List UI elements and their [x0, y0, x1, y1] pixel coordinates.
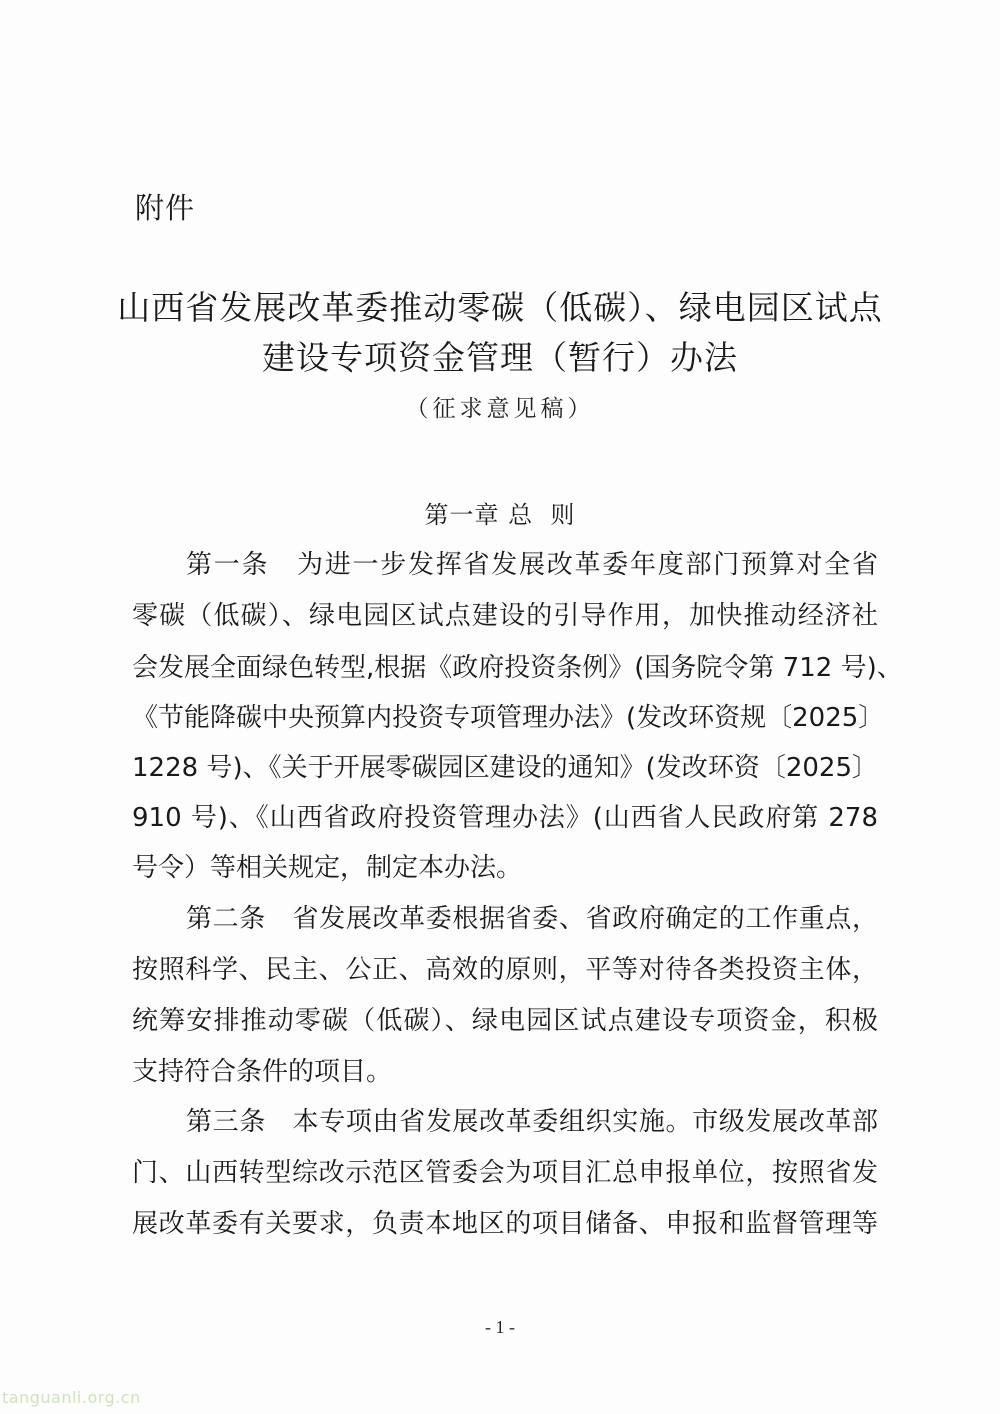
- article-2-line-1: 第二条 省发展改革委根据省委、省政府确定的工作重点，: [186, 901, 878, 937]
- article-1-line-3: 会发展全面绿色转型,根据《政府投资条例》(国务院令第 712 号)、: [132, 650, 878, 686]
- attachment-label: 附件: [135, 188, 195, 228]
- article-1-line-1: 第一条 为进一步发挥省发展改革委年度部门预算对全省: [186, 547, 878, 583]
- article-1-line-7: 号令）等相关规定，制定本办法。: [132, 850, 522, 886]
- article-3-line-2: 门、山西转型综改示范区管委会为项目汇总申报单位，按照省发: [132, 1155, 878, 1191]
- chapter-heading: 第一章 总 则: [0, 498, 1000, 532]
- article-3-line-1: 第三条 本专项由省发展改革委组织实施。市级发展改革部: [186, 1104, 878, 1140]
- article-1-line-2: 零碳（低碳）、绿电园区试点建设的引导作用，加快推动经济社: [132, 598, 878, 634]
- article-3-line-3: 展改革委有关要求，负责本地区的项目储备、申报和监督管理等: [132, 1206, 878, 1242]
- article-1-line-5: 1228 号)、《关于开展零碳园区建设的通知》(发改环资〔2025〕: [132, 750, 878, 786]
- document-title-line-2: 建设专项资金管理（暂行）办法: [0, 336, 1000, 380]
- document-title-line-1: 山西省发展改革委推动零碳（低碳）、绿电园区试点: [0, 286, 1000, 330]
- watermark: tanguanli.org.cn: [2, 1388, 141, 1408]
- article-1-line-4: 《节能降碳中央预算内投资专项管理办法》(发改环资规〔2025〕: [132, 700, 878, 736]
- article-1-line-6: 910 号)、《山西省政府投资管理办法》(山西省人民政府第 278: [132, 800, 878, 836]
- draft-note: （征求意见稿）: [0, 392, 1000, 426]
- document-page: 附件 山西省发展改革委推动零碳（低碳）、绿电园区试点 建设专项资金管理（暂行）办…: [0, 0, 1000, 1414]
- article-2-line-4: 支持符合条件的项目。: [132, 1054, 392, 1090]
- page-number: - 1 -: [0, 1316, 1000, 1338]
- article-2-line-2: 按照科学、民主、公正、高效的原则，平等对待各类投资主体，: [132, 952, 878, 988]
- article-2-line-3: 统筹安排推动零碳（低碳）、绿电园区试点建设专项资金，积极: [132, 1003, 878, 1039]
